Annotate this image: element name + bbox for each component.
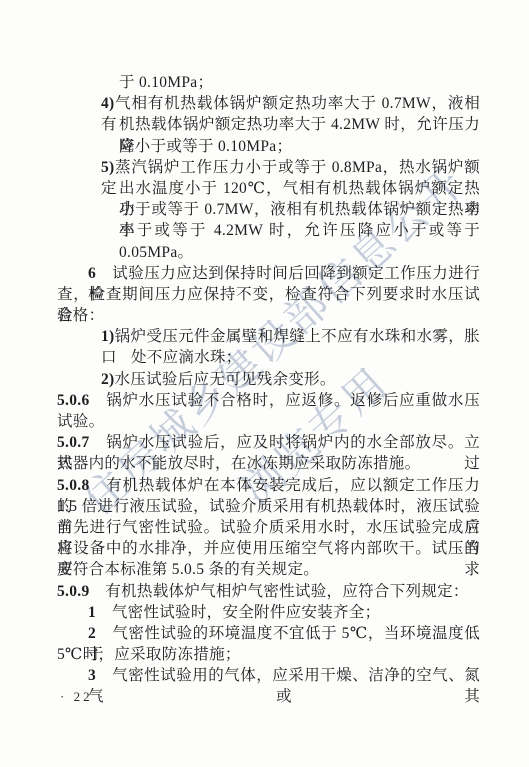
clause-text: 小于或等于 4.2MW 时，允许压降应小于或等于 xyxy=(119,222,480,239)
clause-number: 5.0.7 xyxy=(57,434,106,451)
clause-text: 有机热载体炉气相炉气密性试验，应符合下列规定： xyxy=(105,583,468,600)
text-line: 小于或等于 4.2MW 时，允许压降应小于或等于 xyxy=(57,220,480,241)
clause-number: 4) xyxy=(101,95,115,112)
clause-number: 6 xyxy=(88,265,112,282)
clause-number: 1) xyxy=(101,328,115,345)
clause-number: 5.0.8 xyxy=(57,477,106,494)
text-line: 2 气密性试验的环境温度不宜低于 5℃，当环境温度低于 xyxy=(57,623,480,644)
clause-text: 0.05MPa。 xyxy=(119,244,193,261)
text-line: 应小于或等于 0.10MPa； xyxy=(57,136,480,157)
clause-text: 热器内的水不能放尽时，在冰冻期应采取防冻措施。 xyxy=(57,455,420,472)
text-line: 6 试验压力应达到保持时间后回降到额定工作压力进行检 xyxy=(57,263,480,284)
text-line: 机热载体锅炉额定热功率大于 4.2MW 时，允许压力降 xyxy=(57,114,480,135)
clause-text: 气密性试验用的气体，应采用干燥、洁净的空气、氮气或其 xyxy=(88,667,480,705)
clause-text: 应小于或等于 0.10MPa； xyxy=(119,138,292,155)
clause-text: 气密性试验时，安全附件应安装齐全； xyxy=(112,604,381,621)
document-page: 住房城乡建设部信息公开 浏览专用 于 0.10MPa；4)气相有机热载体锅炉额定… xyxy=(0,0,529,767)
clause-text: 应符合本标准第 5.0.5 条的有关规定。 xyxy=(57,561,319,578)
text-line: 1 气密性试验时，安全附件应安装齐全； xyxy=(57,602,480,623)
text-line: 将设备中的水排净，并应使用压缩空气将内部吹干。试压的要求 xyxy=(57,538,480,559)
text-line: 0.05MPa。 xyxy=(57,242,480,263)
clause-number: 5.0.6 xyxy=(57,392,106,409)
text-line: 3 气密性试验用的气体，应采用干燥、洁净的空气、氮气或其 xyxy=(57,665,480,686)
text-line: 1.5 倍进行液压试验，试验介质采用有机热载体时，液压试验前应 xyxy=(57,496,480,517)
text-line: 1)锅炉受压元件金属壁和焊缝上不应有水珠和水雾，胀口 xyxy=(57,326,480,347)
clause-text: 水压试验后应无可见残余变形。 xyxy=(115,371,336,388)
text-line: 4)气相有机热载体锅炉额定热功率大于 0.7MW，液相有 xyxy=(57,93,480,114)
document-body: 于 0.10MPa；4)气相有机热载体锅炉额定热功率大于 0.7MW，液相有机热… xyxy=(57,72,480,686)
clause-number: 5.0.9 xyxy=(57,583,105,600)
text-line: 处不应滴水珠； xyxy=(57,347,480,368)
text-line: 2)水压试验后应无可见残余变形。 xyxy=(57,369,480,390)
text-line: 5.0.6 锅炉水压试验不合格时，应返修。返修后应重做水压 xyxy=(57,390,480,411)
text-line: 试验。 xyxy=(57,411,480,432)
clause-text: 于 0.10MPa； xyxy=(119,74,213,91)
text-line: 当先进行气密性试验。试验介质采用水时，水压试验完成后应当 xyxy=(57,517,480,538)
clause-text: 处不应滴水珠； xyxy=(131,349,242,366)
text-line: 5.0.7 锅炉水压试验后，应及时将锅炉内的水全部放尽。立式过 xyxy=(57,432,480,453)
text-line: 查，检查期间压力应保持不变，检查符合下列要求时水压试验 xyxy=(57,284,480,305)
text-line: 5.0.9 有机热载体炉气相炉气密性试验，应符合下列规定： xyxy=(57,581,480,602)
clause-number: 2 xyxy=(88,625,112,642)
clause-text: 合格： xyxy=(57,307,104,324)
text-line: 于 0.10MPa； xyxy=(57,72,480,93)
text-line: 5.0.8 有机热载体炉在本体安装完成后，应以额定工作压力的 xyxy=(57,475,480,496)
text-line: 5)蒸汽锅炉工作压力小于或等于 0.8MPa，热水锅炉额定 xyxy=(57,157,480,178)
clause-number: 2) xyxy=(101,371,115,388)
clause-number: 5) xyxy=(101,159,115,176)
page-number: · 22 · xyxy=(60,689,106,705)
text-line: 出水温度小于 120℃，气相有机热载体锅炉额定热功率 xyxy=(57,178,480,199)
clause-number: 3 xyxy=(88,667,112,684)
clause-text: 试验。 xyxy=(57,413,104,430)
clause-text: 5℃时，应采取防冻措施； xyxy=(57,646,241,663)
text-line: 合格： xyxy=(57,305,480,326)
clause-number: 1 xyxy=(88,604,112,621)
text-line: 小于或等于 0.7MW，液相有机热载体锅炉额定热功率 xyxy=(57,199,480,220)
clause-text: 锅炉水压试验不合格时，应返修。返修后应重做水压 xyxy=(106,392,480,409)
text-line: 热器内的水不能放尽时，在冰冻期应采取防冻措施。 xyxy=(57,453,480,474)
text-line: 5℃时，应采取防冻措施； xyxy=(57,644,480,665)
